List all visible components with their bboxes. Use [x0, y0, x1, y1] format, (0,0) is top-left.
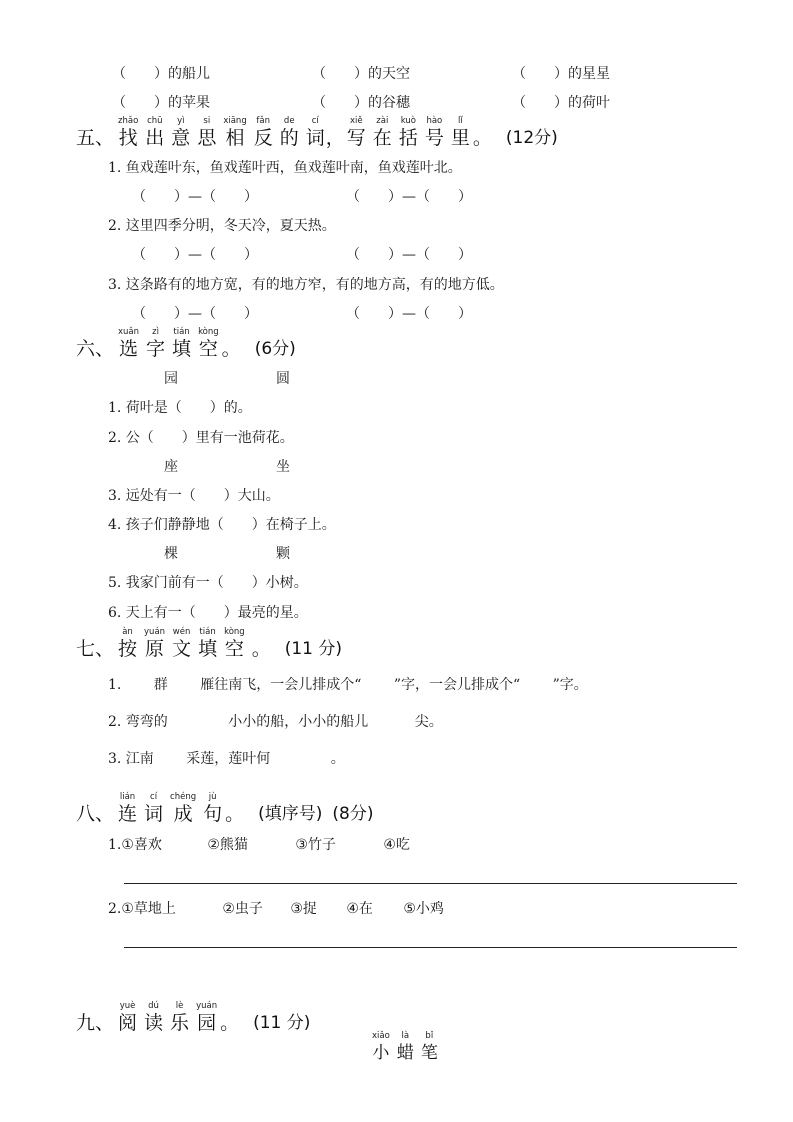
question-sentence: 3. 这条路有的地方宽，有的地方窄，有的地方高，有的地方低。	[108, 276, 504, 294]
ruby-char: lián连	[118, 792, 137, 826]
heading-punct: 。	[473, 126, 492, 150]
ruby-char: yuè阅	[118, 1001, 137, 1035]
answer-line[interactable]	[124, 883, 737, 884]
fill-item: （ ）的谷穗	[312, 94, 410, 112]
ruby-char: tián填	[198, 627, 217, 661]
question-sentence: 3. 远处有一（ ）大山。	[108, 487, 280, 505]
ruby-char: tián填	[172, 327, 191, 361]
section-7-heading: 七、 àn按 yuán原 wén文 tián填 kòng空 。 (11 分)	[76, 627, 342, 661]
ruby-char: xiǎo小	[372, 1031, 390, 1065]
question-sentence: 2. 这里四季分明，冬天冷，夏天热。	[108, 217, 336, 235]
word-list: 1. ①喜欢 ②熊猫 ③竹子 ④吃	[108, 836, 410, 854]
fill-item: （ ）的星星	[512, 65, 610, 83]
item-number: 1.	[108, 836, 121, 854]
ruby-char: kuò括	[399, 116, 418, 150]
option-char: 园	[164, 370, 178, 388]
ruby-char: yuán园	[196, 1001, 217, 1035]
word-card: ①草地上	[121, 900, 222, 918]
question-sentence: 2. 弯弯的 小小的船，小小的船儿 尖。	[108, 713, 443, 731]
question-sentence: 5. 我家门前有一（ ）小树。	[108, 574, 308, 592]
score-label: (12分)	[506, 126, 558, 150]
heading-punct: 。	[252, 637, 271, 661]
ruby-char: yuán原	[144, 627, 165, 661]
question-sentence: 2. 公（ ）里有一池荷花。	[108, 429, 294, 447]
question-sentence: 1. 群 雁往南飞，一会儿排成个“ ”字，一会儿排成个“ ”字。	[108, 676, 588, 694]
ruby-char: jù句	[203, 792, 222, 826]
word-card: ②熊猫	[207, 836, 295, 854]
word-list: 2. ①草地上 ②虫子 ③捉 ④在 ⑤小鸡	[108, 900, 444, 918]
question-sentence: 1. 荷叶是（ ）的。	[108, 399, 252, 417]
score-label: (11 分)	[253, 1011, 310, 1035]
question-sentence: 6. 天上有一（ ）最亮的星。	[108, 604, 308, 622]
word-card: ①喜欢	[121, 836, 207, 854]
answer-blank: （ ）—（ ）	[346, 305, 472, 323]
word-card: ③竹子	[295, 836, 383, 854]
ruby-char: xuǎn选	[118, 327, 139, 361]
ruby-char: si思	[197, 116, 216, 150]
fill-item: （ ）的荷叶	[512, 94, 610, 112]
question-sentence: 1. 鱼戏莲叶东，鱼戏莲叶西，鱼戏莲叶南，鱼戏莲叶北。	[108, 159, 462, 177]
section-number: 六、	[76, 337, 114, 361]
ruby-char: zì字	[146, 327, 165, 361]
fill-item: （ ）的天空	[312, 65, 410, 83]
word-card: ③捉	[290, 900, 346, 918]
fill-item: （ ）的船儿	[112, 65, 210, 83]
ruby-char: zhǎo找	[118, 116, 138, 150]
ruby-char: àn按	[118, 627, 137, 661]
answer-line[interactable]	[124, 947, 737, 948]
note-label: (填序号)	[258, 802, 322, 826]
section-number: 七、	[76, 637, 114, 661]
score-label: (8分)	[332, 802, 373, 826]
ruby-char: fǎn反	[254, 116, 273, 150]
ruby-char: kòng空	[198, 327, 219, 361]
section-8-heading: 八、 lián连 cí词 chéng成 jù句 。 (填序号) (8分)	[76, 792, 374, 826]
option-char: 棵	[164, 545, 178, 563]
option-char: 坐	[276, 458, 290, 476]
section-number: 九、	[76, 1011, 114, 1035]
ruby-char: cí词	[144, 792, 163, 826]
ruby-char: de的	[280, 116, 299, 150]
heading-punct: 。	[225, 802, 244, 826]
word-card: ②虫子	[222, 900, 290, 918]
section-5-heading: 五、 zhǎo找 chū出 yì意 si思 xiāng相 fǎn反 de的 cí…	[76, 116, 558, 150]
ruby-char: xiāng相	[223, 116, 246, 150]
ruby-char: chū出	[145, 116, 164, 150]
ruby-char: yì意	[171, 116, 190, 150]
ruby-char: dú读	[144, 1001, 163, 1035]
ruby-char: xiě写	[347, 116, 366, 150]
question-sentence: 4. 孩子们静静地（ ）在椅子上。	[108, 516, 336, 534]
word-card: ④吃	[383, 836, 410, 854]
section-number: 五、	[76, 126, 114, 150]
option-char: 座	[164, 458, 178, 476]
answer-blank: （ ）—（ ）	[346, 188, 472, 206]
option-char: 颗	[276, 545, 290, 563]
score-label: (6分)	[255, 337, 296, 361]
ruby-char: zài在	[373, 116, 392, 150]
word-card: ⑤小鸡	[403, 900, 444, 918]
section-6-heading: 六、 xuǎn选 zì字 tián填 kòng空 。 (6分)	[76, 327, 296, 361]
ruby-char: kòng空	[224, 627, 245, 661]
ruby-char: bǐ笔	[421, 1031, 438, 1065]
fill-item: （ ）的苹果	[112, 94, 210, 112]
ruby-char: hào号	[425, 116, 444, 150]
heading-punct: 。	[222, 337, 241, 361]
answer-blank: （ ）—（ ）	[132, 246, 258, 264]
section-number: 八、	[76, 802, 114, 826]
option-char: 圆	[276, 370, 290, 388]
ruby-char: wén文	[172, 627, 191, 661]
ruby-char: lǐ里	[451, 116, 470, 150]
ruby-char: lè乐	[170, 1001, 189, 1035]
answer-blank: （ ）—（ ）	[132, 305, 258, 323]
question-sentence: 3. 江南 采莲，莲叶何 。	[108, 750, 345, 768]
ruby-char: ，	[326, 116, 345, 150]
ruby-char: là蜡	[397, 1031, 414, 1065]
passage-title: xiǎo小 là蜡 bǐ笔	[372, 1031, 445, 1065]
answer-blank: （ ）—（ ）	[346, 246, 472, 264]
section-9-heading: 九、 yuè阅 dú读 lè乐 yuán园 。 (11 分)	[76, 1001, 310, 1035]
score-label: (11 分)	[285, 637, 342, 661]
ruby-char: chéng成	[170, 792, 196, 826]
answer-blank: （ ）—（ ）	[132, 188, 258, 206]
item-number: 2.	[108, 900, 121, 918]
ruby-char: cí词	[306, 116, 325, 150]
word-card: ④在	[346, 900, 403, 918]
heading-punct: 。	[220, 1011, 239, 1035]
